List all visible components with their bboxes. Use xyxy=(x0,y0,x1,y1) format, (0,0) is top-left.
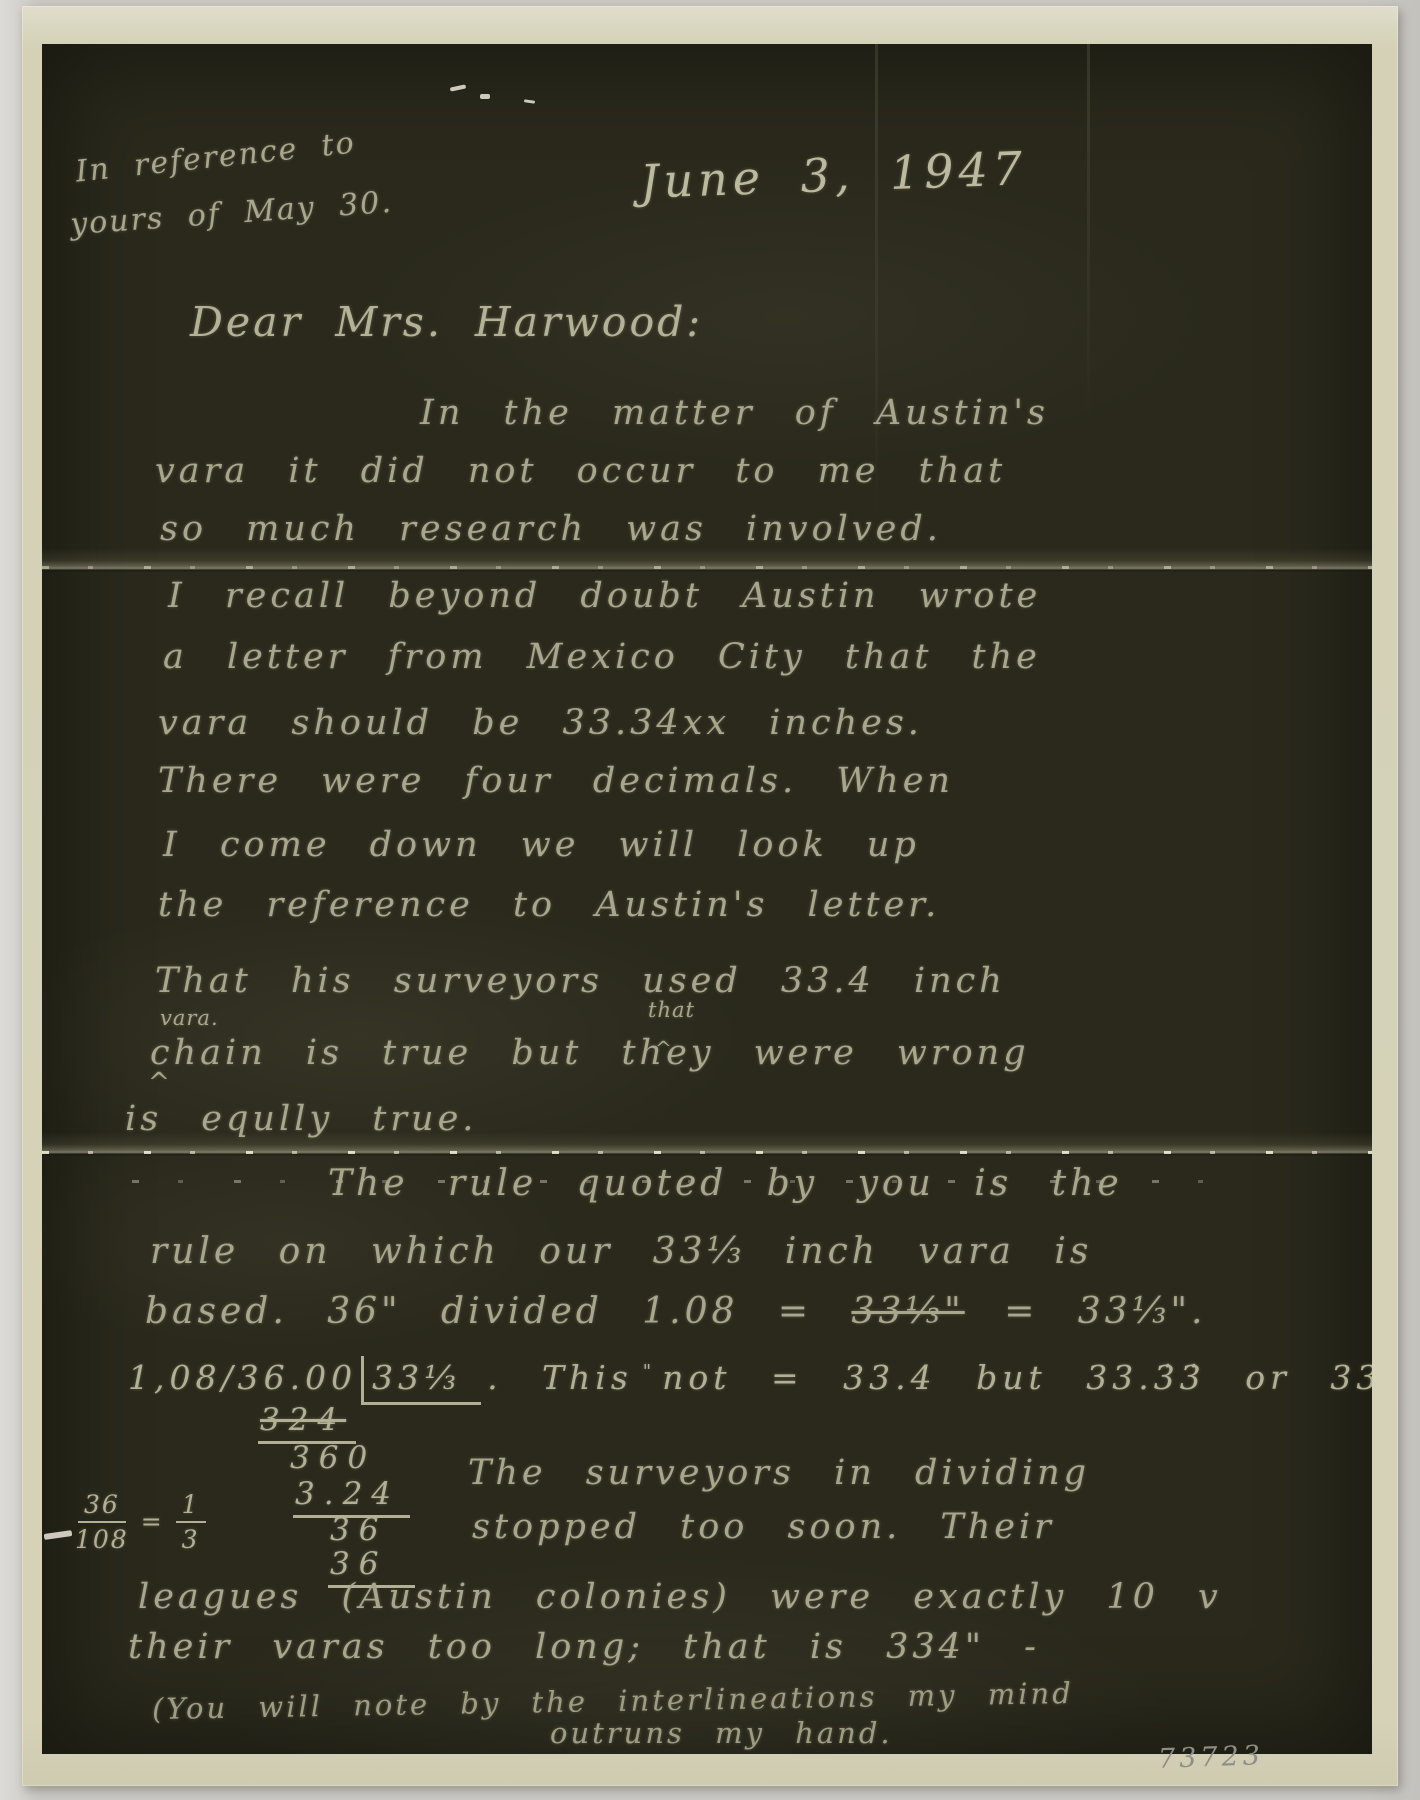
division-work-row: 36 xyxy=(330,1512,387,1549)
body-line: The surveyors in dividing xyxy=(468,1452,1090,1494)
body-line: That his surveyors used 33.4 inch xyxy=(155,960,1006,1002)
date-line: June 3, 1947 xyxy=(639,141,1028,210)
fold-crease-glint xyxy=(42,1151,1372,1154)
division-note-prefix: . This xyxy=(487,1358,633,1397)
vertical-crease xyxy=(1087,44,1090,424)
body-line: vara should be 33.34xx inches. xyxy=(158,702,923,744)
division-head: 1,08/36.00 xyxy=(128,1358,357,1397)
body-line: chain is true but they were wrong xyxy=(150,1032,1030,1074)
annotation-line-2: yours of May 30. xyxy=(69,185,394,243)
long-division-line: 1,08/36.0033⅓. This"not = 33.4 but 33.3̇… xyxy=(128,1356,1372,1405)
fraction-1-3: 1 3 xyxy=(176,1492,206,1552)
photo-print-border: In reference to yours of May 30. June 3,… xyxy=(22,6,1398,1786)
body-line: rule on which our 33⅓ inch vara is xyxy=(150,1230,1092,1273)
fraction-numerator: 1 xyxy=(176,1492,206,1523)
fold-crease-glint xyxy=(42,566,1372,569)
body-line: In the matter of Austin's xyxy=(420,392,1049,434)
emulsion-speck xyxy=(44,1530,73,1540)
emulsion-speck xyxy=(524,99,535,104)
division-quotient: 33⅓ xyxy=(361,1356,481,1405)
equation-suffix: = 33⅓". xyxy=(965,1291,1207,1332)
scan-background: { "letter": { "annotation_line1": "In re… xyxy=(0,0,1420,1800)
emulsion-speck xyxy=(450,84,466,91)
margin-fraction: 36 108 = 1 3 xyxy=(75,1492,206,1552)
body-line: stopped too soon. Their xyxy=(472,1506,1055,1548)
annotation-line-1: In reference to xyxy=(74,125,358,190)
body-line: the reference to Austin's letter. xyxy=(158,884,940,926)
division-work-row: 360 xyxy=(290,1440,376,1477)
equation-prefix: based. 36" divided 1.08 = xyxy=(145,1291,851,1332)
letter-photograph: In reference to yours of May 30. June 3,… xyxy=(42,44,1372,1754)
body-line: The rule quoted by you is the xyxy=(328,1162,1123,1205)
emulsion-speck xyxy=(480,94,490,99)
body-line: I recall beyond doubt Austin wrote xyxy=(168,575,1041,617)
struck-value: 33⅓" xyxy=(851,1291,964,1332)
body-line: is eqully true. xyxy=(125,1098,477,1140)
division-note: not = 33.4 but 33.3̇3̇ or 33⅓ xyxy=(662,1358,1372,1397)
fraction-denominator: 3 xyxy=(182,1523,200,1552)
interlineation-vara: vara. xyxy=(160,1006,219,1031)
body-line: There were four decimals. When xyxy=(158,760,954,802)
body-line: so much research was involved. xyxy=(160,508,942,550)
fraction-36-108: 36 108 xyxy=(75,1492,129,1552)
fraction-denominator: 108 xyxy=(75,1523,129,1552)
body-line: I come down we will look up xyxy=(163,824,920,866)
archive-number: 73723 xyxy=(1157,1740,1264,1775)
ditto-mark: " xyxy=(643,1361,656,1382)
equals-sign: = xyxy=(141,1507,164,1537)
fraction-numerator: 36 xyxy=(78,1492,126,1523)
interlineation-that: that xyxy=(648,998,695,1023)
body-line: vara it did not occur to me that xyxy=(155,450,1006,492)
body-line-with-strikeout: based. 36" divided 1.08 = 33⅓" = 33⅓". xyxy=(145,1290,1207,1333)
salutation-line: Dear Mrs. Harwood: xyxy=(190,298,703,347)
postscript-line: outruns my hand. xyxy=(550,1716,893,1751)
body-line: a letter from Mexico City that the xyxy=(163,636,1041,678)
body-line: leagues (Austin colonies) were exactly 1… xyxy=(138,1576,1222,1618)
division-work-row: 324 xyxy=(258,1402,356,1444)
body-line: their varas too long; that is 334" - xyxy=(128,1626,1040,1668)
